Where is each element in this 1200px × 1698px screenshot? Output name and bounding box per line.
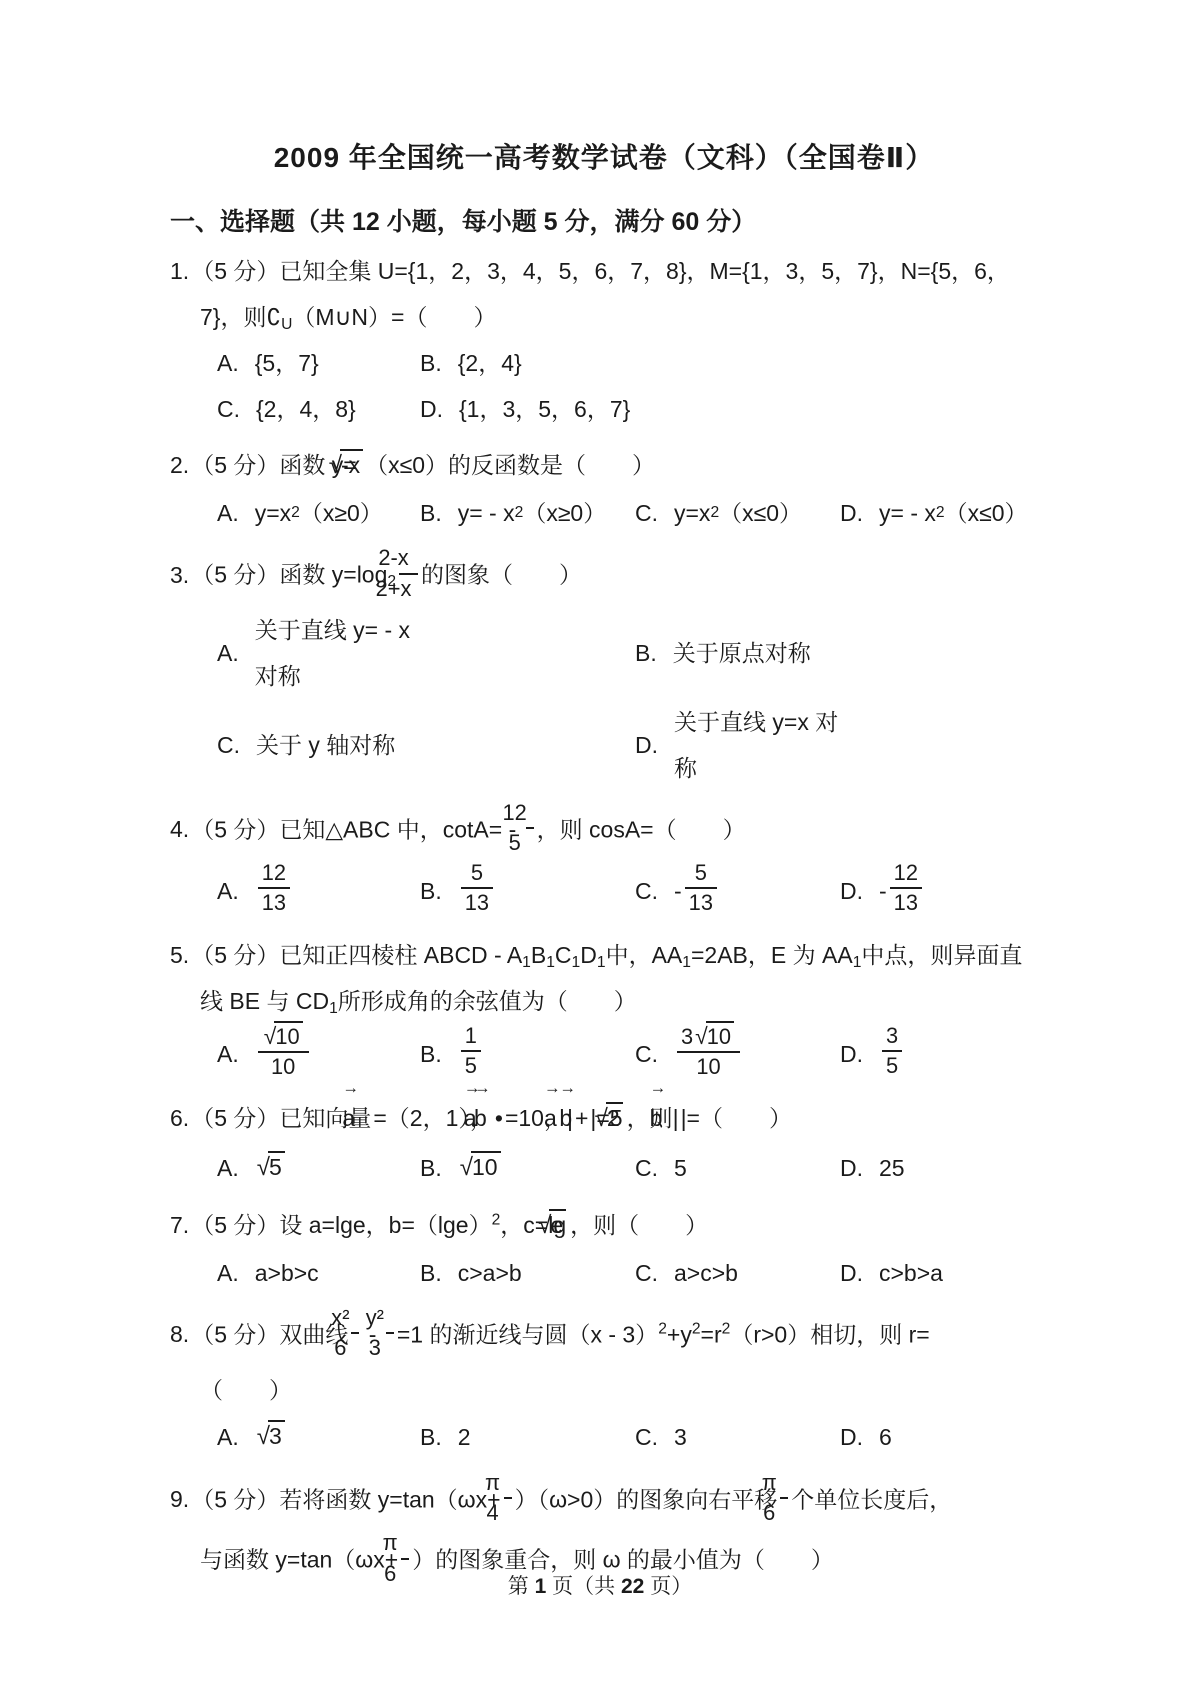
fraction: 1213 bbox=[258, 860, 290, 916]
fraction: π4 bbox=[504, 1470, 512, 1526]
question-3: 3.（5 分）函数 y=log22-x2+x的图象（ ）A.关于直线 y= - … bbox=[170, 546, 1038, 790]
question-stem: 1.（5 分）已知全集 U={1，2，3，4，5，6，7，8}，M={1，3，5… bbox=[170, 248, 1038, 340]
question-number: 6. bbox=[170, 1105, 191, 1131]
option-label: B. bbox=[420, 490, 442, 536]
fraction: 15 bbox=[461, 1023, 481, 1079]
option-label: C. bbox=[635, 868, 658, 914]
vector: b bbox=[503, 1095, 505, 1141]
option-C: C.5 bbox=[635, 1144, 840, 1192]
subscript: 1 bbox=[546, 953, 555, 970]
fraction: 513 bbox=[685, 860, 717, 916]
option-label: D. bbox=[635, 722, 658, 768]
fraction-numerator: 5 bbox=[461, 860, 493, 889]
question-number: 8. bbox=[170, 1321, 191, 1347]
option-D: D.c>b>a bbox=[840, 1250, 1038, 1296]
section-heading: 一、选择题（共 12 小题，每小题 5 分，满分 60 分） bbox=[170, 202, 1038, 238]
option-content: a>c>b bbox=[674, 1250, 738, 1296]
square-root: √3 bbox=[257, 1413, 285, 1461]
option-B: B.√10 bbox=[420, 1144, 635, 1192]
question-1: 1.（5 分）已知全集 U={1，2，3，4，5，6，7，8}，M={1，3，5… bbox=[170, 248, 1038, 432]
radicand: 10 bbox=[471, 1151, 501, 1180]
option-content: -513 bbox=[674, 861, 720, 921]
radicand: -x bbox=[340, 449, 363, 478]
option-C: C.-513 bbox=[635, 861, 840, 921]
subscript: U bbox=[281, 316, 292, 333]
square-root: √10 bbox=[695, 1023, 734, 1051]
option-label: A. bbox=[217, 1031, 239, 1077]
option-content: {1，3，5，6，7} bbox=[459, 386, 630, 432]
option-label: B. bbox=[420, 1414, 442, 1460]
option-D: D.35 bbox=[840, 1024, 1038, 1086]
fraction: y²3 bbox=[386, 1305, 394, 1361]
option-content: 35 bbox=[879, 1024, 905, 1084]
option-content: √10 bbox=[458, 1144, 503, 1192]
footer-page-number: 1 bbox=[535, 1575, 547, 1598]
vector: a bbox=[371, 1095, 373, 1141]
footer-middle: 页（共 bbox=[552, 1575, 615, 1598]
fraction-numerator: √10 bbox=[258, 1023, 309, 1054]
question-number: 7. bbox=[170, 1212, 191, 1238]
option-content: 2 bbox=[458, 1414, 471, 1460]
option-A: A.y=x2（x≥0） bbox=[217, 490, 420, 536]
fraction: 125 bbox=[526, 800, 534, 856]
fraction-numerator: 2-x bbox=[399, 545, 418, 574]
option-label: B. bbox=[420, 868, 442, 914]
option-content: c>a>b bbox=[458, 1250, 522, 1296]
option-content: -1213 bbox=[879, 861, 925, 921]
subscript: 1 bbox=[682, 953, 691, 970]
superscript: 2 bbox=[692, 1321, 701, 1338]
option-label: A. bbox=[217, 1250, 239, 1296]
option-content: 关于 y 轴对称 bbox=[256, 722, 395, 768]
option-D: D.关于直线 y=x 对称 bbox=[635, 699, 840, 791]
option-A: A.√1010 bbox=[217, 1024, 420, 1086]
options-grid: A.√3B.2C.3D.6 bbox=[217, 1413, 1038, 1461]
option-content: y= - x2（x≥0） bbox=[458, 490, 607, 536]
vector: a bbox=[573, 1095, 575, 1141]
page-footer: 第 1 页（共 22 页） bbox=[0, 1570, 1200, 1600]
fraction-denominator: 5 bbox=[526, 829, 534, 856]
option-label: D. bbox=[840, 490, 863, 536]
fraction-numerator: 3√10 bbox=[677, 1023, 740, 1054]
option-D: D.{1，3，5，6，7} bbox=[420, 386, 635, 432]
option-label: C. bbox=[635, 1250, 658, 1296]
option-content: {2，4} bbox=[458, 340, 522, 386]
option-label: C. bbox=[217, 386, 240, 432]
option-content: 5 bbox=[674, 1145, 687, 1191]
option-A: A.{5，7} bbox=[217, 340, 420, 386]
option-label: D. bbox=[840, 1145, 863, 1191]
question-stem: 6.（5 分）已知向量a=（2，1），a•b=10，|a+b|=5√2，则|b|… bbox=[170, 1095, 1038, 1143]
fraction-denominator: 2+x bbox=[399, 575, 418, 602]
option-label: A. bbox=[217, 1145, 239, 1191]
option-B: B.y= - x2（x≥0） bbox=[420, 490, 635, 536]
radicand: 5 bbox=[268, 1151, 285, 1180]
questions-container: 1.（5 分）已知全集 U={1，2，3，4，5，6，7，8}，M={1，3，5… bbox=[170, 248, 1038, 1592]
option-label: D. bbox=[420, 386, 443, 432]
option-label: C. bbox=[635, 490, 658, 536]
option-content: √3 bbox=[255, 1413, 287, 1461]
option-content: y= - x2（x≤0） bbox=[879, 490, 1028, 536]
option-label: B. bbox=[635, 630, 657, 676]
footer-suffix: 页） bbox=[650, 1575, 692, 1598]
square-root: √5 bbox=[257, 1144, 285, 1192]
question-stem: 2.（5 分）函数 y=√-x（x≤0）的反函数是（ ） bbox=[170, 442, 1038, 490]
fraction-denominator: 13 bbox=[685, 889, 717, 916]
question-7: 7.（5 分）设 a=lge，b=（lge）2，c=lg√e，则（ ）A.a>b… bbox=[170, 1202, 1038, 1296]
option-content: 3√1010 bbox=[674, 1024, 743, 1086]
subscript: 1 bbox=[853, 953, 862, 970]
option-B: B.c>a>b bbox=[420, 1250, 635, 1296]
option-content: c>b>a bbox=[879, 1250, 943, 1296]
question-2: 2.（5 分）函数 y=√-x（x≤0）的反函数是（ ）A.y=x2（x≥0）B… bbox=[170, 442, 1038, 536]
option-A: A.√5 bbox=[217, 1144, 420, 1192]
option-content: 关于直线 y=x 对称 bbox=[674, 699, 840, 791]
option-label: B. bbox=[420, 1250, 442, 1296]
option-content: 6 bbox=[879, 1414, 892, 1460]
option-B: B.2 bbox=[420, 1413, 635, 1461]
option-content: y=x2（x≤0） bbox=[674, 490, 802, 536]
question-number: 1. bbox=[170, 258, 191, 284]
question-stem: 7.（5 分）设 a=lge，b=（lge）2，c=lg√e，则（ ） bbox=[170, 1202, 1038, 1250]
option-label: C. bbox=[635, 1414, 658, 1460]
option-B: B.关于原点对称 bbox=[635, 607, 840, 699]
fraction: 2-x2+x bbox=[399, 545, 418, 601]
option-label: D. bbox=[840, 1414, 863, 1460]
question-number: 9. bbox=[170, 1486, 191, 1512]
question-number: 4. bbox=[170, 816, 191, 842]
question-4: 4.（5 分）已知△ABC 中，cotA= - 125，则 cosA=（ ）A.… bbox=[170, 801, 1038, 922]
option-C: C.y=x2（x≤0） bbox=[635, 490, 840, 536]
option-label: B. bbox=[420, 1031, 442, 1077]
superscript: 2 bbox=[722, 1321, 731, 1338]
square-root: √10 bbox=[460, 1144, 501, 1192]
option-C: C.关于 y 轴对称 bbox=[217, 699, 420, 791]
footer-total-pages: 22 bbox=[621, 1575, 644, 1598]
fraction-denominator: 4 bbox=[504, 1499, 512, 1526]
fraction: x²6 bbox=[351, 1305, 359, 1361]
radicand: 10 bbox=[274, 1021, 302, 1049]
radicand: 2 bbox=[606, 1102, 623, 1131]
square-root: √-x bbox=[359, 442, 363, 490]
option-label: D. bbox=[840, 1031, 863, 1077]
fraction-denominator: 13 bbox=[258, 889, 290, 916]
option-A: A.1213 bbox=[217, 861, 420, 921]
page-title: 2009 年全国统一高考数学试卷（文科）（全国卷Ⅱ） bbox=[170, 136, 1038, 176]
option-D: D.6 bbox=[840, 1413, 1038, 1461]
question-8: 8.（5 分）双曲线x²6 - y²3=1 的渐近线与圆（x - 3）2+y2=… bbox=[170, 1306, 1038, 1461]
option-label: A. bbox=[217, 490, 239, 536]
options-grid: A.y=x2（x≥0）B.y= - x2（x≥0）C.y=x2（x≤0）D.y=… bbox=[217, 490, 1038, 536]
option-content: y=x2（x≥0） bbox=[255, 490, 383, 536]
option-content: √5 bbox=[255, 1144, 287, 1192]
option-label: A. bbox=[217, 1414, 239, 1460]
options-grid: A.√1010B.15C.3√1010D.35 bbox=[217, 1024, 1038, 1086]
option-label: D. bbox=[840, 1250, 863, 1296]
footer-prefix: 第 bbox=[508, 1575, 529, 1598]
subscript: 1 bbox=[572, 953, 581, 970]
option-label: A. bbox=[217, 340, 239, 386]
superscript: 2 bbox=[658, 1321, 667, 1338]
fraction-numerator: 12 bbox=[890, 860, 922, 889]
option-label: B. bbox=[420, 1145, 442, 1191]
fraction-numerator: π bbox=[401, 1530, 409, 1559]
option-C: C.3 bbox=[635, 1413, 840, 1461]
option-C: C.3√1010 bbox=[635, 1024, 840, 1086]
question-stem: 3.（5 分）函数 y=log22-x2+x的图象（ ） bbox=[170, 546, 1038, 606]
option-A: A.关于直线 y= - x 对称 bbox=[217, 607, 420, 699]
option-B: B.15 bbox=[420, 1024, 635, 1086]
question-number: 2. bbox=[170, 452, 191, 478]
option-B: B.{2，4} bbox=[420, 340, 635, 386]
fraction: 3√1010 bbox=[677, 1023, 740, 1081]
option-label: C. bbox=[635, 1145, 658, 1191]
fraction-denominator: 3 bbox=[386, 1334, 394, 1361]
radicand: e bbox=[549, 1209, 566, 1238]
option-D: D.y= - x2（x≤0） bbox=[840, 490, 1038, 536]
option-content: 3 bbox=[674, 1414, 687, 1460]
option-content: √1010 bbox=[255, 1024, 312, 1086]
fraction-denominator: 13 bbox=[890, 889, 922, 916]
fraction-denominator: 13 bbox=[461, 889, 493, 916]
fraction-denominator: 6 bbox=[351, 1334, 359, 1361]
option-content: {2，4，8} bbox=[256, 386, 356, 432]
option-content: {5，7} bbox=[255, 340, 319, 386]
radicand: 3 bbox=[268, 1420, 285, 1449]
fraction-numerator: 1 bbox=[461, 1023, 481, 1052]
question-number: 3. bbox=[170, 562, 191, 588]
fraction-numerator: π bbox=[780, 1470, 788, 1499]
fraction-numerator: 12 bbox=[526, 800, 534, 829]
option-A: A.√3 bbox=[217, 1413, 420, 1461]
page-content: 2009 年全国统一高考数学试卷（文科）（全国卷Ⅱ） 一、选择题（共 12 小题… bbox=[170, 136, 1038, 1592]
fraction-denominator: 5 bbox=[461, 1052, 481, 1079]
fraction-denominator: 5 bbox=[882, 1052, 902, 1079]
vector: a bbox=[493, 1095, 495, 1141]
option-C: C.a>c>b bbox=[635, 1250, 840, 1296]
radicand: 10 bbox=[706, 1021, 734, 1049]
option-content: 关于直线 y= - x 对称 bbox=[255, 607, 420, 699]
option-label: A. bbox=[217, 630, 239, 676]
subscript: 1 bbox=[597, 953, 606, 970]
option-label: D. bbox=[840, 868, 863, 914]
superscript: 2 bbox=[492, 1211, 501, 1228]
option-content: 15 bbox=[458, 1024, 484, 1084]
option-content: 1213 bbox=[255, 861, 293, 921]
option-A: A.a>b>c bbox=[217, 1250, 420, 1296]
option-content: 关于原点对称 bbox=[673, 630, 811, 676]
question-stem: 4.（5 分）已知△ABC 中，cotA= - 125，则 cosA=（ ） bbox=[170, 801, 1038, 861]
option-label: A. bbox=[217, 868, 239, 914]
option-B: B.513 bbox=[420, 861, 635, 921]
option-content: 25 bbox=[879, 1145, 905, 1191]
option-content: 513 bbox=[458, 861, 496, 921]
subscript: 1 bbox=[522, 953, 531, 970]
fraction-denominator: 6 bbox=[780, 1499, 788, 1526]
option-label: B. bbox=[420, 340, 442, 386]
fraction: 1213 bbox=[890, 860, 922, 916]
fraction-numerator: 5 bbox=[685, 860, 717, 889]
fraction: 35 bbox=[882, 1023, 902, 1079]
vector: b bbox=[679, 1095, 681, 1141]
option-C: C.{2，4，8} bbox=[217, 386, 420, 432]
question-5: 5.（5 分）已知正四棱柱 ABCD - A1B1C1D1中，AA1=2AB，E… bbox=[170, 932, 1038, 1086]
option-label: C. bbox=[635, 1031, 658, 1077]
option-D: D.-1213 bbox=[840, 861, 1038, 921]
question-stem: 8.（5 分）双曲线x²6 - y²3=1 的渐近线与圆（x - 3）2+y2=… bbox=[170, 1306, 1038, 1412]
question-stem: 5.（5 分）已知正四棱柱 ABCD - A1B1C1D1中，AA1=2AB，E… bbox=[170, 932, 1038, 1024]
square-root: √10 bbox=[264, 1023, 303, 1051]
fraction-denominator: 10 bbox=[258, 1053, 309, 1080]
option-label: C. bbox=[217, 722, 240, 768]
fraction-denominator: 10 bbox=[677, 1053, 740, 1080]
subscript: 1 bbox=[329, 999, 338, 1016]
exam-page: 2009 年全国统一高考数学试卷（文科）（全国卷Ⅱ） 一、选择题（共 12 小题… bbox=[0, 0, 1200, 1698]
fraction-numerator: π bbox=[504, 1470, 512, 1499]
fraction: π6 bbox=[780, 1470, 788, 1526]
fraction-numerator: 12 bbox=[258, 860, 290, 889]
fraction-numerator: x² bbox=[351, 1305, 359, 1334]
vector: b bbox=[588, 1095, 590, 1141]
question-number: 5. bbox=[170, 942, 191, 968]
fraction: 513 bbox=[461, 860, 493, 916]
options-grid: A.1213B.513C.-513D.-1213 bbox=[217, 861, 1038, 921]
options-grid: A.√5B.√10C.5D.25 bbox=[217, 1144, 1038, 1192]
option-D: D.25 bbox=[840, 1144, 1038, 1192]
question-6: 6.（5 分）已知向量a=（2，1），a•b=10，|a+b|=5√2，则|b|… bbox=[170, 1095, 1038, 1192]
options-grid: A.{5，7}B.{2，4}C.{2，4，8}D.{1，3，5，6，7} bbox=[217, 340, 1038, 432]
options-grid: A.a>b>cB.c>a>bC.a>c>bD.c>b>a bbox=[217, 1250, 1038, 1296]
fraction-numerator: 3 bbox=[882, 1023, 902, 1052]
options-grid: A.关于直线 y= - x 对称B.关于原点对称C.关于 y 轴对称D.关于直线… bbox=[217, 607, 1038, 791]
fraction: √1010 bbox=[258, 1023, 309, 1081]
option-content: a>b>c bbox=[255, 1250, 319, 1296]
fraction-numerator: y² bbox=[386, 1305, 394, 1334]
